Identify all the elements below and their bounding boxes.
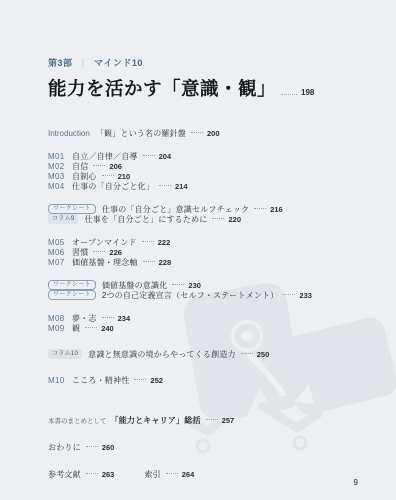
toc-page-number: 220 [228,215,241,224]
toc-page-number: 216 [270,205,283,214]
dot-leader [142,241,154,242]
toc-page-number: 250 [257,350,270,359]
chapter-kicker: 第3部 ｜ マインド10 [48,56,370,69]
dot-leader [283,294,295,295]
toc-row: M01自立／自律／自導204 [48,151,370,161]
toc-page-number: 240 [101,324,114,333]
toc-row: 参考文献263索引264 [48,469,370,479]
dot-leader [159,185,171,186]
dot-leader [86,446,98,447]
chapter-name-label: マインド10 [94,56,143,69]
toc-item-text: 2つの自己定義宣言（セルフ・ステートメント） [102,290,279,301]
toc-item-code: M09 [48,324,72,333]
toc-content: 第3部 ｜ マインド10 能力を活かす「意識・観」 198 Introducti… [48,56,370,479]
toc-page-number: 228 [159,258,172,267]
toc-item-text: 仕事の「自分ごと化」 [72,181,154,192]
dot-leader [102,317,114,318]
column-badge: コラム10 [48,349,82,359]
table-of-contents: Introduction「観」という名の羅針盤200M01自立／自律／自導204… [48,128,370,479]
toc-section: 本書のまとめとして「能力とキャリア」総括257 [48,415,370,425]
toc-item-code: M02 [48,162,72,171]
column-badge: コラム9 [48,214,78,224]
dot-leader [191,132,203,133]
folio-page-number: 9 [354,478,358,487]
dot-leader [85,327,97,328]
dot-leader [86,473,98,474]
toc-intro-label: Introduction [48,129,90,138]
book-toc-page: 第3部 ｜ マインド10 能力を活かす「意識・観」 198 Introducti… [0,0,396,500]
toc-page-number: 206 [109,162,122,171]
toc-item-code: M05 [48,238,72,247]
toc-section: Introduction「観」という名の羅針盤200 [48,128,370,138]
toc-page-number: 214 [175,182,188,191]
kicker-separator: ｜ [79,56,89,69]
toc-item-text: おわりに [48,442,81,453]
worksheet-badge: ワークシート [48,290,96,301]
toc-row: M03自制心210 [48,171,370,181]
toc-item-code: M03 [48,172,72,181]
toc-section: おわりに260 [48,442,370,452]
toc-row: M05オープンマインド222 [48,237,370,247]
toc-page-number: 233 [299,291,312,300]
toc-row: M07価値基盤・理念軸228 [48,257,370,267]
toc-page-number: 263 [102,470,115,479]
toc-item-text: 「能力とキャリア」総括 [111,415,201,426]
toc-page-number: 257 [222,416,235,425]
toc-item-text: こころ・精神性 [72,375,129,386]
toc-section: M10こころ・精神性252 [48,375,370,385]
toc-row: 本書のまとめとして「能力とキャリア」総括257 [48,415,370,425]
toc-page-number: 264 [182,470,195,479]
toc-row: Introduction「観」という名の羅針盤200 [48,128,370,138]
toc-row: コラム10意識と無意識の境からやってくる創造力250 [48,349,370,359]
toc-section: M05オープンマインド222M06習慣226M07価値基盤・理念軸228 [48,237,370,267]
toc-item-text: 価値基盤・理念軸 [72,257,138,268]
toc-page-number: 200 [207,129,220,138]
toc-row: ワークシート仕事の「自分ごと」意識セルフチェック216 [48,204,370,214]
toc-page-number: 226 [109,248,122,257]
dot-leader [172,284,184,285]
dot-leader [212,218,224,219]
toc-row: M02自信206 [48,161,370,171]
dot-leader [166,473,178,474]
toc-item-text: 参考文献 [48,469,81,480]
toc-item-code: M01 [48,152,72,161]
toc-section: ワークシート価値基盤の意識化230ワークシート2つの自己定義宣言（セルフ・ステー… [48,280,370,300]
toc-section: ワークシート仕事の「自分ごと」意識セルフチェック216コラム9仕事を「自分ごと」… [48,204,370,224]
toc-page-number: 260 [102,443,115,452]
dot-leader [241,353,253,354]
dot-leader [143,155,155,156]
toc-row: M06習慣226 [48,247,370,257]
toc-row: コラム9仕事を「自分ごと」にするために220 [48,214,370,224]
toc-summary-prefix: 本書のまとめとして [48,416,107,425]
toc-row: おわりに260 [48,442,370,452]
toc-section: 参考文献263索引264 [48,469,370,479]
toc-item-code: M08 [48,314,72,323]
toc-row: ワークシート価値基盤の意識化230 [48,280,370,290]
toc-page-number: 204 [159,152,172,161]
dot-leader [93,165,105,166]
toc-pair-item: 参考文献263 [48,469,114,480]
worksheet-badge: ワークシート [48,280,96,291]
toc-row: M08夢・志234 [48,313,370,323]
dot-leader [281,94,297,95]
toc-item-text: 仕事を「自分ごと」にするために [84,214,207,225]
toc-item-code: M06 [48,248,72,257]
toc-row: ワークシート2つの自己定義宣言（セルフ・ステートメント）233 [48,290,370,300]
chapter-page-number: 198 [301,88,314,97]
toc-item-text: 索引 [144,469,160,480]
toc-item-text: 「観」という名の羅針盤 [96,128,186,139]
chapter-title-row: 能力を活かす「意識・観」 198 [48,75,370,101]
chapter-title: 能力を活かす「意識・観」 [48,75,276,101]
toc-section: コラム10意識と無意識の境からやってくる創造力250 [48,349,370,359]
toc-page-number: 210 [118,172,131,181]
toc-page-number: 252 [150,376,163,385]
toc-item-code: M10 [48,376,72,385]
toc-pair-item: 索引264 [144,469,194,480]
toc-page-number: 230 [188,281,201,290]
toc-item-text: 意識と無意識の境からやってくる創造力 [88,349,236,360]
toc-page-number: 234 [118,314,131,323]
dot-leader [93,251,105,252]
toc-section: M08夢・志234M09観240 [48,313,370,333]
toc-section: M01自立／自律／自導204M02自信206M03自制心210M04仕事の「自分… [48,151,370,191]
dot-leader [254,208,266,209]
chapter-part-label: 第3部 [48,56,73,69]
toc-item-text: 観 [72,323,80,334]
toc-row: M04仕事の「自分ごと化」214 [48,181,370,191]
toc-row: M10こころ・精神性252 [48,375,370,385]
dot-leader [143,261,155,262]
toc-row: M09観240 [48,323,370,333]
dot-leader [134,379,146,380]
dot-leader [206,419,218,420]
toc-page-number: 222 [158,238,171,247]
toc-item-code: M07 [48,258,72,267]
toc-item-code: M04 [48,182,72,191]
dot-leader [102,175,114,176]
